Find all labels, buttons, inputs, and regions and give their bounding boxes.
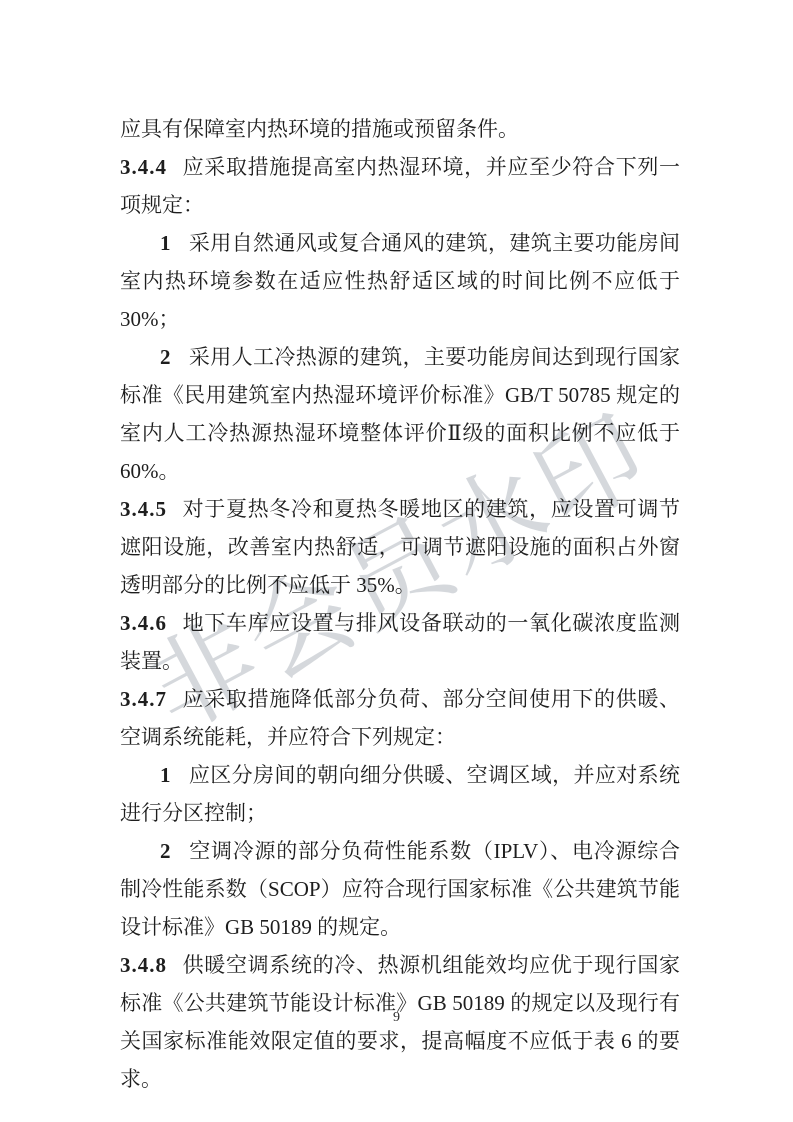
item-text: 应区分房间的朝向细分供暖、空调区域，并应对系统进行分区控制； [120,763,680,825]
item-1-of-3-4-7: 1应区分房间的朝向细分供暖、空调区域，并应对系统进行分区控制； [120,756,680,832]
item-number: 2 [160,345,172,369]
clause-text: 地下车库应设置与排风设备联动的一氧化碳浓度监测装置。 [120,611,680,673]
clause-3-4-4: 3.4.4应采取措施提高室内热湿环境，并应至少符合下列一项规定： [120,148,680,224]
item-2-of-3-4-4: 2采用人工冷热源的建筑，主要功能房间达到现行国家标准《民用建筑室内热湿环境评价标… [120,338,680,490]
clause-text: 对于夏热冬冷和夏热冬暖地区的建筑，应设置可调节遮阳设施，改善室内热舒适，可调节遮… [120,497,680,597]
document-page: 非会员水印 应具有保障室内热环境的措施或预留条件。 3.4.4应采取措施提高室内… [0,0,793,1122]
clause-number: 3.4.7 [120,687,167,711]
item-number: 2 [160,839,172,863]
clause-3-4-7: 3.4.7应采取措施降低部分负荷、部分空间使用下的供暖、空调系统能耗，并应符合下… [120,680,680,756]
item-text: 空调冷源的部分负荷性能系数（IPLV）、电冷源综合制冷性能系数（SCOP）应符合… [120,839,680,939]
clause-3-4-6: 3.4.6地下车库应设置与排风设备联动的一氧化碳浓度监测装置。 [120,604,680,680]
clause-number: 3.4.4 [120,155,167,179]
clause-number: 3.4.5 [120,497,167,521]
paragraph-text: 应具有保障室内热环境的措施或预留条件。 [120,117,519,141]
item-2-of-3-4-7: 2空调冷源的部分负荷性能系数（IPLV）、电冷源综合制冷性能系数（SCOP）应符… [120,832,680,946]
clause-text: 应采取措施降低部分负荷、部分空间使用下的供暖、空调系统能耗，并应符合下列规定： [120,687,680,749]
clause-3-4-5: 3.4.5对于夏热冬冷和夏热冬暖地区的建筑，应设置可调节遮阳设施，改善室内热舒适… [120,490,680,604]
document-text-block: 应具有保障室内热环境的措施或预留条件。 3.4.4应采取措施提高室内热湿环境，并… [120,110,680,1098]
item-number: 1 [160,231,172,255]
page-number: 9 [0,1010,793,1026]
clause-number: 3.4.8 [120,953,167,977]
item-number: 1 [160,763,172,787]
item-text: 采用人工冷热源的建筑，主要功能房间达到现行国家标准《民用建筑室内热湿环境评价标准… [120,345,680,483]
item-1-of-3-4-4: 1采用自然通风或复合通风的建筑，建筑主要功能房间室内热环境参数在适应性热舒适区域… [120,224,680,338]
paragraph-continuation: 应具有保障室内热环境的措施或预留条件。 [120,110,680,148]
clause-number: 3.4.6 [120,611,167,635]
clause-text: 应采取措施提高室内热湿环境，并应至少符合下列一项规定： [120,155,680,217]
item-text: 采用自然通风或复合通风的建筑，建筑主要功能房间室内热环境参数在适应性热舒适区域的… [120,231,680,331]
